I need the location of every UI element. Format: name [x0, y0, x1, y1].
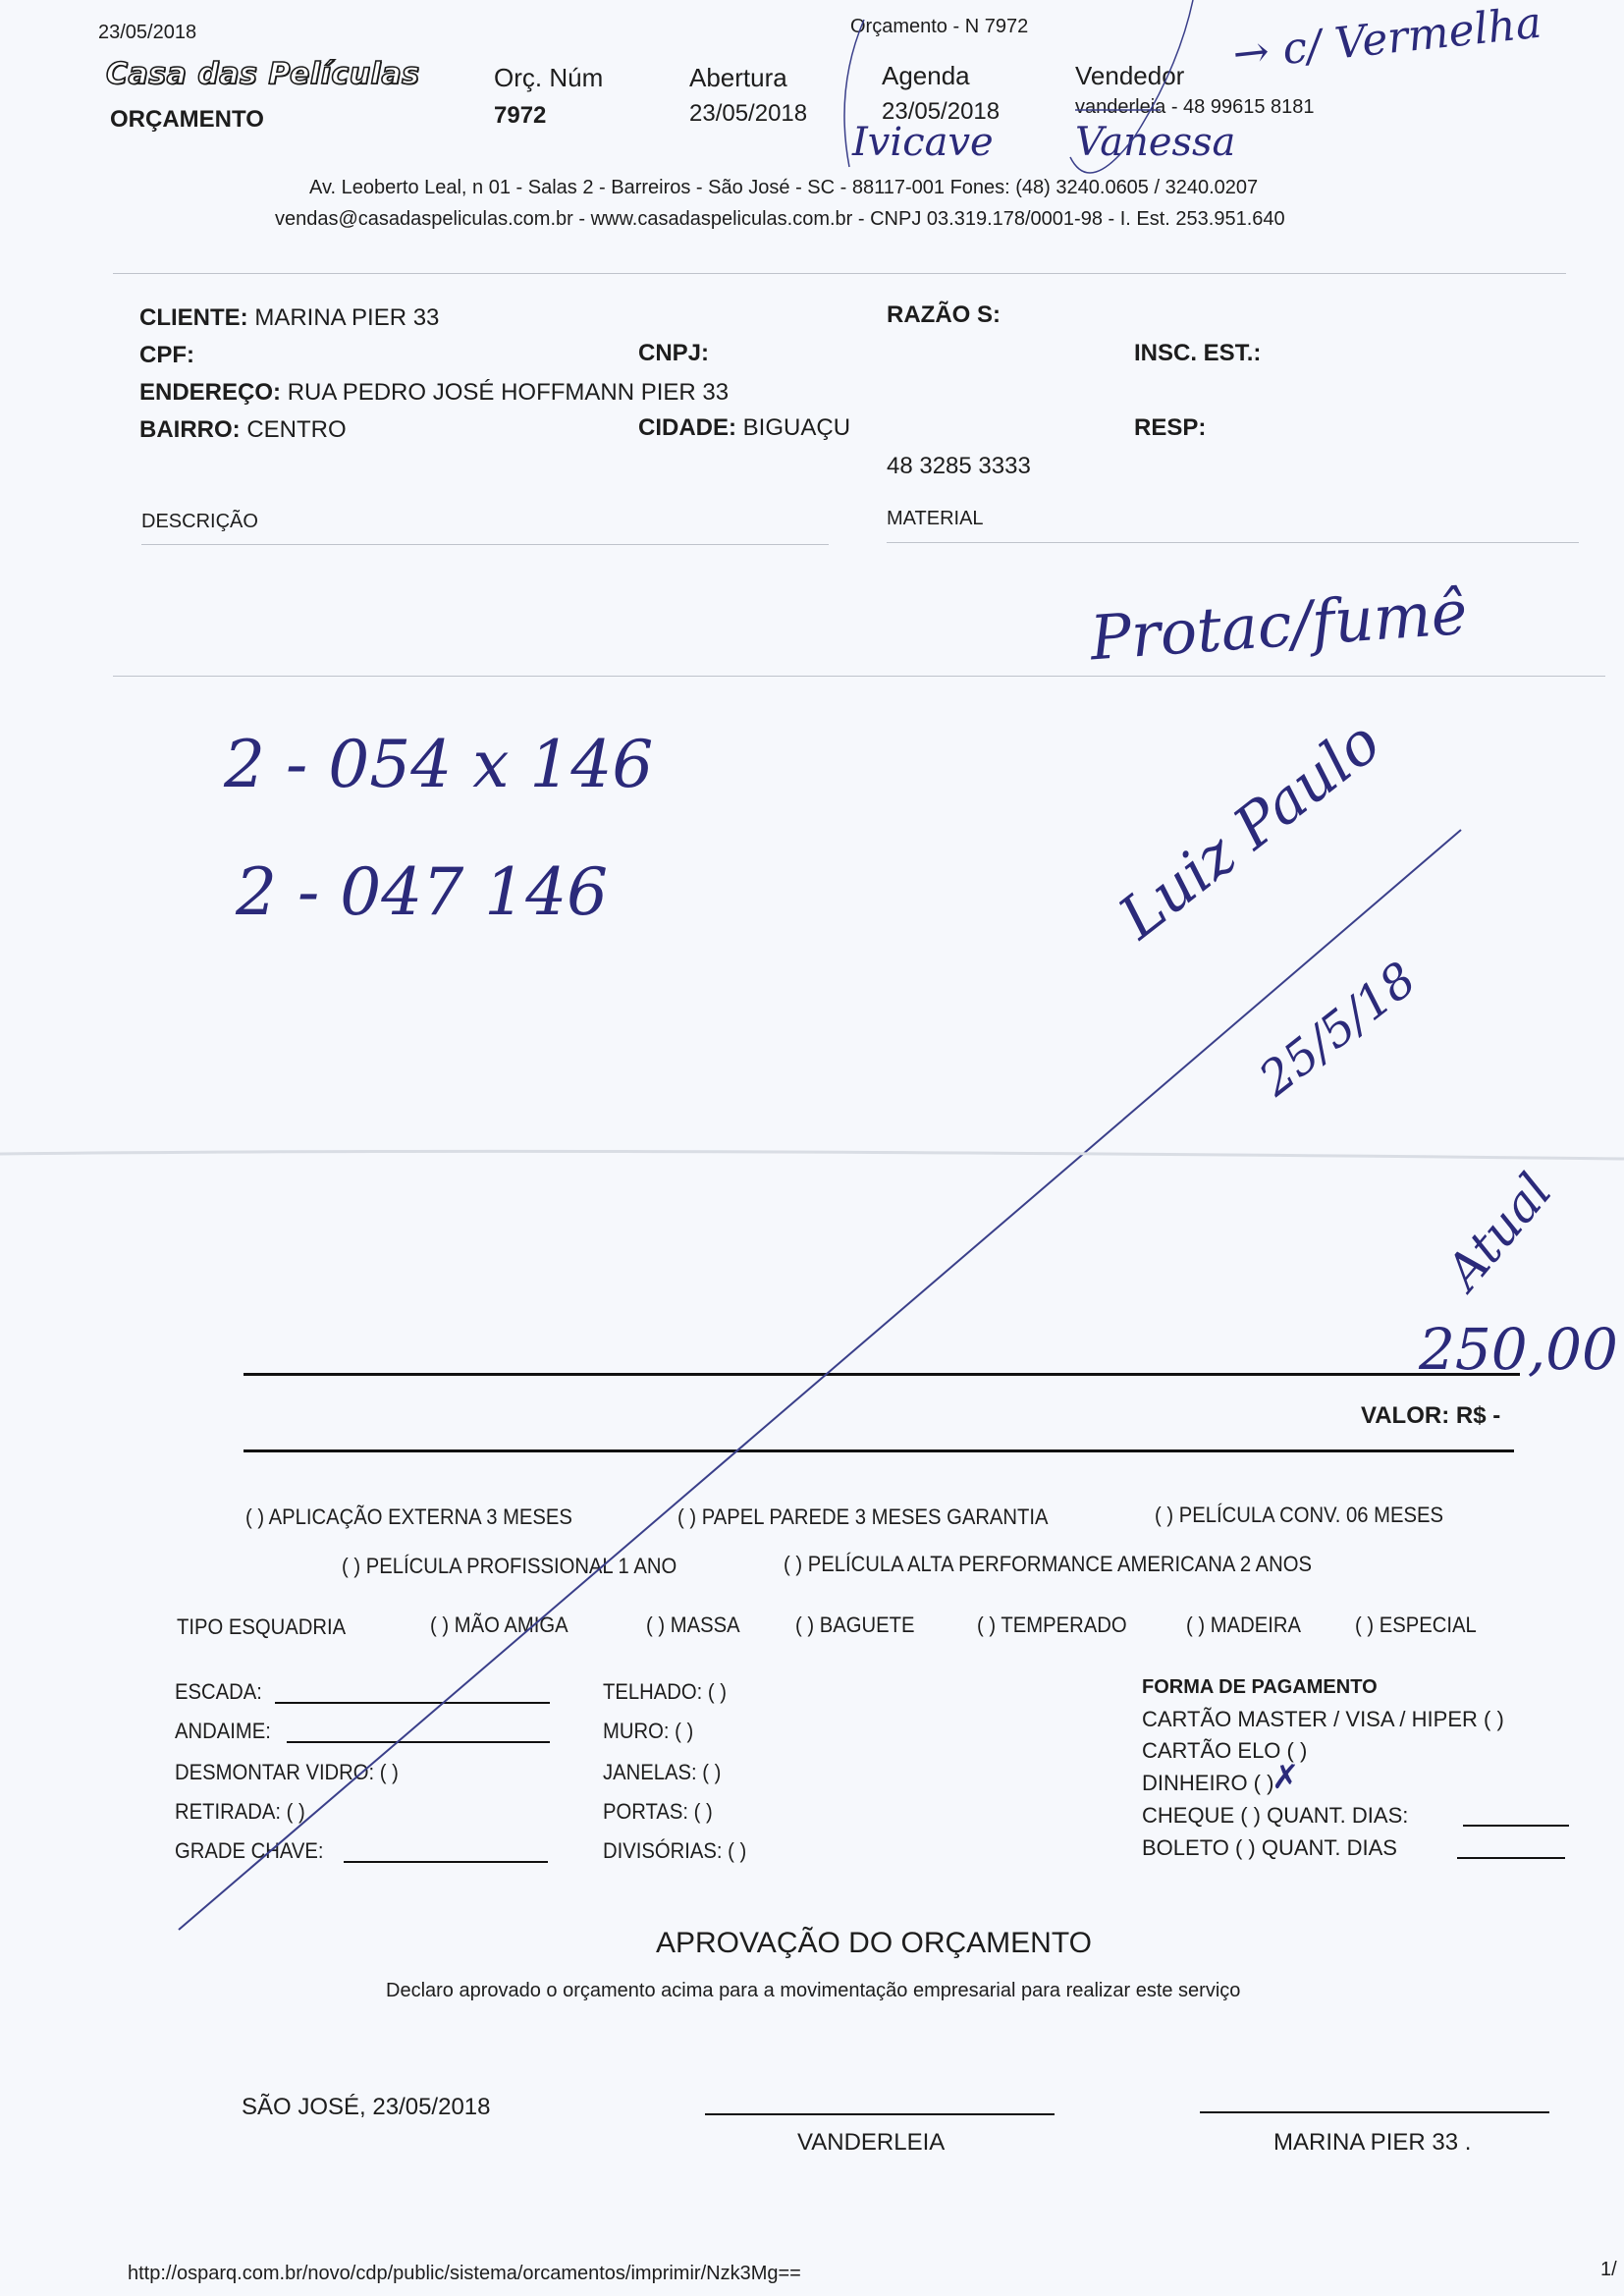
- vendor-signer-name: VANDERLEIA: [797, 2129, 945, 2157]
- handwritten-color-note: → c/ Vermelha: [1230, 0, 1543, 80]
- tipo-esquadria-label: TIPO ESQUADRIA: [177, 1614, 346, 1640]
- esquadria-especial[interactable]: ( ) ESPECIAL: [1355, 1613, 1477, 1638]
- divider: [113, 273, 1566, 274]
- grade-chave-label: GRADE CHAVE:: [175, 1838, 323, 1864]
- print-date: 23/05/2018: [98, 22, 196, 44]
- option-pelicula-profissional[interactable]: ( ) PELÍCULA PROFISSIONAL 1 ANO: [342, 1554, 677, 1579]
- agenda-label: Agenda: [882, 61, 970, 91]
- descricao-underline: [141, 544, 829, 545]
- payment-dinheiro[interactable]: DINHEIRO ( ): [1142, 1771, 1273, 1796]
- handwritten-value-note: Atual: [1435, 1163, 1563, 1299]
- client-signature-line[interactable]: [1200, 2111, 1549, 2113]
- approval-statement: Declaro aprovado o orçamento acima para …: [386, 1980, 1240, 2002]
- descricao-label: DESCRIÇÃO: [141, 511, 258, 533]
- divisorias-option[interactable]: DIVISÓRIAS: ( ): [603, 1838, 746, 1864]
- abertura-value: 23/05/2018: [689, 100, 807, 128]
- telhado-option[interactable]: TELHADO: ( ): [603, 1679, 727, 1705]
- janelas-option[interactable]: JANELAS: ( ): [603, 1760, 721, 1785]
- dinheiro-check-mark-icon: ✗: [1272, 1758, 1300, 1797]
- handwritten-signature: Luiz Paulo: [1107, 707, 1393, 953]
- payment-cartao-master[interactable]: CARTÃO MASTER / VISA / HIPER ( ): [1142, 1707, 1504, 1732]
- handwritten-measurement-1: 2 - 054 x 146: [224, 727, 653, 802]
- boleto-dias-line[interactable]: [1457, 1857, 1565, 1859]
- vendedor-value: vanderleia - 48 99615 8181: [1075, 96, 1315, 119]
- option-pelicula-conv[interactable]: ( ) PELÍCULA CONV. 06 MESES: [1155, 1503, 1443, 1528]
- bairro-label: BAIRRO:: [139, 416, 241, 443]
- vendedor-label: Vendedor: [1075, 61, 1184, 91]
- footer-url[interactable]: http://osparq.com.br/novo/cdp/public/sis…: [128, 2263, 801, 2285]
- cliente-value: MARINA PIER 33: [254, 304, 439, 331]
- document-type-title: ORÇAMENTO: [110, 106, 264, 134]
- bairro-field: BAIRRO: CENTRO: [139, 416, 347, 444]
- escada-label: ESCADA:: [175, 1679, 262, 1705]
- page-number: 1/: [1600, 2259, 1617, 2281]
- handwritten-material-note: Protac/fumê: [1088, 576, 1470, 675]
- divider: [113, 676, 1605, 677]
- paper-fold-icon: [0, 1151, 1624, 1159]
- cnpj-label: CNPJ:: [638, 340, 709, 367]
- desmontar-vidro-option[interactable]: DESMONTAR VIDRO: ( ): [175, 1760, 399, 1785]
- option-pelicula-alta-performance[interactable]: ( ) PELÍCULA ALTA PERFORMANCE AMERICANA …: [784, 1552, 1312, 1577]
- handwritten-measurement-2: 2 - 047 146: [236, 854, 608, 930]
- cliente-label: CLIENTE:: [139, 304, 248, 331]
- cidade-field: CIDADE: BIGUAÇU: [638, 414, 850, 442]
- client-signer-name: MARINA PIER 33 .: [1273, 2129, 1471, 2157]
- abertura-label: Abertura: [689, 63, 787, 93]
- company-address: Av. Leoberto Leal, n 01 - Salas 2 - Barr…: [309, 177, 1258, 199]
- cpf-label: CPF:: [139, 342, 194, 369]
- esquadria-mao-amiga[interactable]: ( ) MÃO AMIGA: [430, 1613, 568, 1638]
- esquadria-massa[interactable]: ( ) MASSA: [646, 1613, 740, 1638]
- client-phone: 48 3285 3333: [887, 453, 1031, 480]
- muro-option[interactable]: MURO: ( ): [603, 1719, 693, 1744]
- payment-cheque[interactable]: CHEQUE ( ) QUANT. DIAS:: [1142, 1803, 1408, 1829]
- grade-chave-line[interactable]: [344, 1861, 548, 1863]
- material-label: MATERIAL: [887, 508, 984, 530]
- option-aplicacao-externa[interactable]: ( ) APLICAÇÃO EXTERNA 3 MESES: [245, 1504, 572, 1530]
- bairro-value: CENTRO: [246, 416, 346, 443]
- andaime-line[interactable]: [287, 1741, 550, 1743]
- orc-num-label: Orç. Núm: [494, 63, 603, 93]
- portas-option[interactable]: PORTAS: ( ): [603, 1799, 713, 1825]
- valor-bottom-rule: [244, 1449, 1514, 1452]
- insc-est-label: INSC. EST.:: [1134, 340, 1261, 367]
- option-papel-parede[interactable]: ( ) PAPEL PAREDE 3 MESES GARANTIA: [677, 1504, 1049, 1530]
- approval-title: APROVAÇÃO DO ORÇAMENTO: [656, 1927, 1092, 1960]
- escada-line[interactable]: [275, 1702, 550, 1704]
- cidade-value: BIGUAÇU: [743, 414, 850, 441]
- handwritten-vendedor-note: Vanessa: [1075, 120, 1235, 165]
- resp-label: RESP:: [1134, 414, 1206, 442]
- valor-label: VALOR: R$ -: [1361, 1402, 1500, 1430]
- andaime-label: ANDAIME:: [175, 1719, 271, 1744]
- razao-social-label: RAZÃO S:: [887, 301, 1001, 329]
- orc-num-value: 7972: [494, 102, 546, 130]
- esquadria-temperado[interactable]: ( ) TEMPERADO: [977, 1613, 1127, 1638]
- payment-title: FORMA DE PAGAMENTO: [1142, 1676, 1378, 1699]
- material-underline: [887, 542, 1579, 543]
- endereco-label: ENDEREÇO:: [139, 379, 281, 406]
- retirada-option[interactable]: RETIRADA: ( ): [175, 1799, 305, 1825]
- vendor-signature-line[interactable]: [705, 2113, 1055, 2115]
- payment-boleto[interactable]: BOLETO ( ) QUANT. DIAS: [1142, 1835, 1397, 1861]
- company-logo: Casa das Películas: [106, 57, 419, 91]
- place-date: SÃO JOSÉ, 23/05/2018: [242, 2094, 491, 2121]
- handwritten-agenda-note: Ivicave: [852, 120, 994, 165]
- esquadria-baguete[interactable]: ( ) BAGUETE: [795, 1613, 914, 1638]
- endereco-field: ENDEREÇO: RUA PEDRO JOSÉ HOFFMANN PIER 3…: [139, 379, 729, 407]
- endereco-value: RUA PEDRO JOSÉ HOFFMANN PIER 33: [288, 379, 729, 406]
- company-contact: vendas@casadaspeliculas.com.br - www.cas…: [275, 208, 1285, 231]
- cliente-field: CLIENTE: MARINA PIER 33: [139, 304, 439, 332]
- document-reference: Orçamento - N 7972: [850, 16, 1028, 38]
- handwritten-signature-date: 25/5/18: [1249, 952, 1426, 1107]
- cheque-dias-line[interactable]: [1463, 1825, 1569, 1827]
- valor-top-rule: [244, 1373, 1520, 1376]
- esquadria-madeira[interactable]: ( ) MADEIRA: [1186, 1613, 1301, 1638]
- cidade-label: CIDADE:: [638, 414, 736, 441]
